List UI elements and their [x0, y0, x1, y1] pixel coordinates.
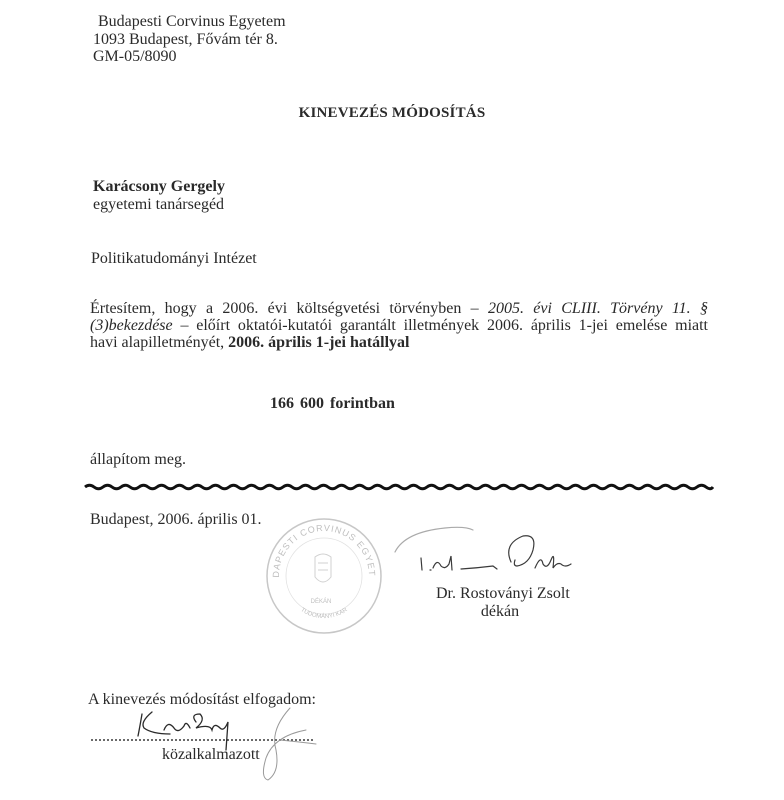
- law-reference: 2005. évi CLIII. Törvény 11. §: [488, 300, 708, 317]
- institution-address: 1093 Budapest, Fővám tér 8.: [93, 31, 278, 49]
- law-paragraph: (3)bekezdése: [90, 317, 173, 334]
- recipient-name: Karácsony Gergely: [93, 178, 225, 196]
- recipient-department: Politikatudományi Intézet: [91, 250, 257, 268]
- dean-name: Dr. Rostoványi Zsolt: [436, 585, 570, 603]
- institution-name: Budapesti Corvinus Egyetem: [98, 13, 286, 31]
- stamp-outer-text: BUDAPESTI CORVINUS EGYETEM: [263, 515, 377, 578]
- document-title: KINEVEZÉS MÓDOSÍTÁS: [0, 105, 784, 122]
- official-stamp: BUDAPESTI CORVINUS EGYETEM TUDOMÁNYI KAR…: [263, 515, 385, 637]
- paragraph-line-2: (3)bekezdése – előírt oktatói-kutatói ga…: [90, 317, 708, 334]
- paragraph-line-3: havi alapilletményét, 2006. április 1-je…: [90, 334, 708, 351]
- svg-text:TUDOMÁNYI KAR: TUDOMÁNYI KAR: [299, 607, 349, 620]
- salary-amount: 166 600 forintban: [270, 395, 395, 413]
- stamp-inner-text: DÉKÁN: [311, 598, 332, 605]
- coat-of-arms-icon: [315, 554, 331, 582]
- notice-paragraph: Értesítem, hogy a 2006. évi költségvetés…: [90, 300, 708, 351]
- dean-title: dékán: [435, 603, 565, 621]
- recipient-position: egyetemi tanársegéd: [93, 196, 224, 214]
- svg-text:BUDAPESTI CORVINUS EGYETEM: BUDAPESTI CORVINUS EGYETEM: [263, 515, 377, 578]
- place-and-date: Budapest, 2006. április 01.: [90, 511, 262, 529]
- effective-date: 2006. április 1-jei hatállyal: [228, 334, 409, 351]
- stamp-bottom-text: TUDOMÁNYI KAR: [299, 607, 349, 620]
- employee-signature: [130, 700, 330, 785]
- closing-phrase: állapítom meg.: [90, 451, 186, 469]
- dean-signature: [385, 520, 580, 585]
- reference-number: GM-05/8090: [93, 48, 177, 66]
- wavy-divider: [84, 480, 714, 494]
- paragraph-line-1: Értesítem, hogy a 2006. évi költségvetés…: [90, 300, 708, 317]
